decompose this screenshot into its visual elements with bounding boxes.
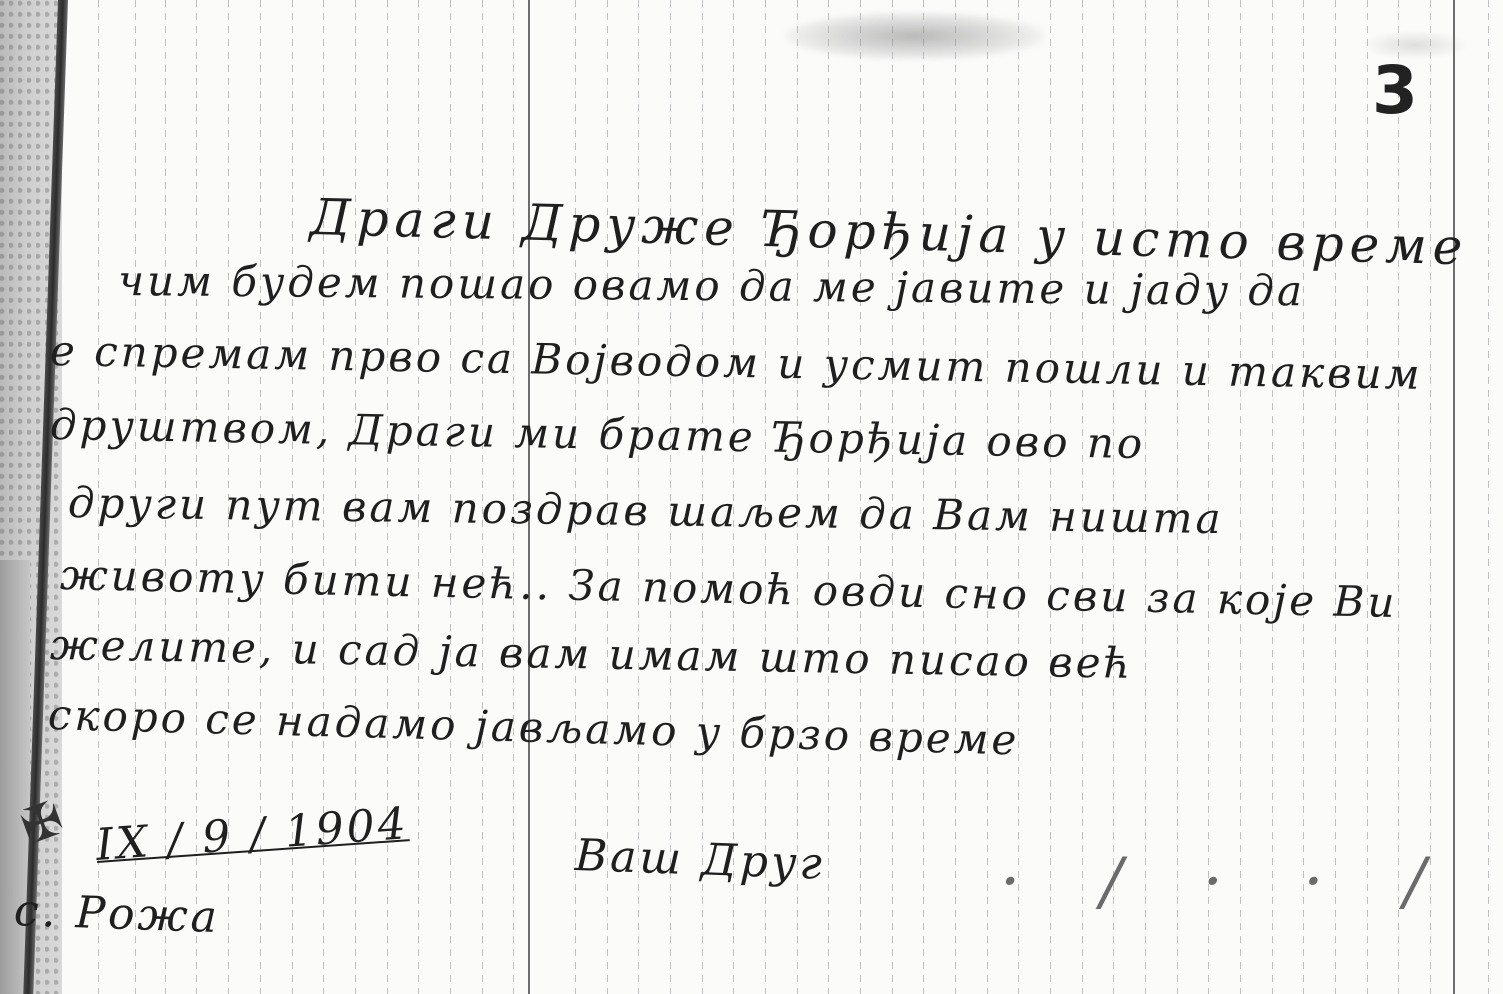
letter-date: IX / 9 / 1904 xyxy=(94,798,410,871)
letter-line-2: чим будем пошао овамо да ме јавите и јад… xyxy=(118,256,1305,315)
page-number: 3 xyxy=(1372,52,1418,129)
ink-smudge xyxy=(785,12,1045,60)
letter-line-7: желите, и сад ја вам имам што писао већ xyxy=(50,620,1134,688)
letter-line-8: скоро се надамо јављамо у брзо време xyxy=(47,690,1020,764)
letter-line-3: е спремам прво са Војводом и усмит пошли… xyxy=(50,326,1423,399)
ruling-line xyxy=(1488,0,1489,994)
letter-place: с. Рожа xyxy=(13,885,221,943)
signature: Ваш Друг xyxy=(574,830,826,890)
faded-signature-marks: · / · · / xyxy=(1000,845,1456,919)
letter-line-4: друштвом, Драги ми брате Ђорђија ово по xyxy=(50,400,1146,468)
letter-page: 3 Драги Друже Ђорђија у исто време чим б… xyxy=(0,0,1503,994)
